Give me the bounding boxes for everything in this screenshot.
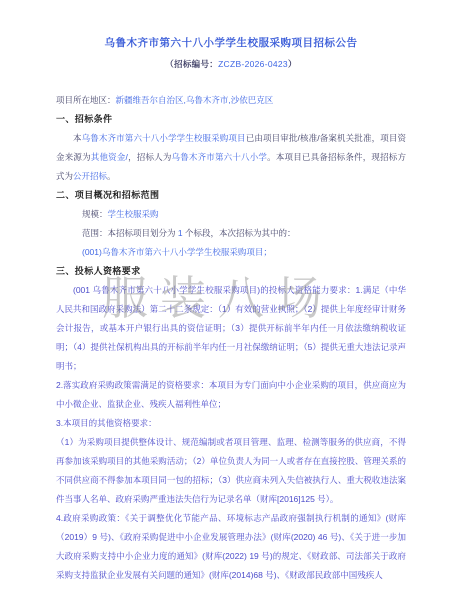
text-segment: 个标段，本次招标为其中的：: [183, 228, 296, 238]
project-scope-line: 范围：本招标项目划分为 1 个标段，本次招标为其中的：: [56, 224, 406, 243]
section-2-heading: 二、项目概况和招标范围: [56, 186, 406, 205]
highlight-value: 乌鲁木齐市第六十八小学学生校服采购项目: [82, 133, 246, 143]
project-scale-line: 规模：学生校服采购: [56, 205, 406, 224]
tender-number-suffix: ）: [288, 59, 297, 69]
highlight-value: 新疆维吾尔自治区,乌鲁木齐市,沙依巴克区: [116, 95, 274, 105]
text-segment: ，招标人为: [128, 152, 172, 162]
tender-number-line: （招标编号：ZCZB-2026-0423）: [56, 58, 406, 70]
highlight-value: (001)乌鲁木齐市第六十八小学学生校服采购项目；: [82, 247, 272, 257]
text-segment: 。: [107, 171, 116, 181]
tender-number-prefix: （招标编号：: [165, 59, 218, 69]
qualification-paragraph-4: （1）为采购项目提供整体设计、规范编制或者项目管理、监理、检测等服务的供应商，不…: [56, 433, 406, 509]
text-segment: 本: [73, 133, 82, 143]
lot-001-line: (001)乌鲁木齐市第六十八小学学生校服采购项目；: [56, 243, 406, 262]
qualification-paragraph-1: (001 乌鲁木齐市第六十八小学学生校服采购项目)的投标人资格能力要求：1.满足…: [56, 281, 406, 376]
highlight-value: 其他资金/: [91, 152, 128, 162]
tender-announcement-document: 服装八场 乌鲁木齐市第六十八小学学生校服采购项目招标公告 （招标编号：ZCZB-…: [0, 0, 450, 600]
text-segment: 规模：: [82, 209, 108, 219]
section-3-heading: 三、投标人资格要求: [56, 262, 406, 281]
qualification-paragraph-3: 3.本项目的其他资格要求：: [56, 414, 406, 433]
highlight-value: 乌鲁木齐市第六十八小学: [172, 152, 268, 162]
section-1-heading: 一、招标条件: [56, 110, 406, 129]
text-segment: 项目所在地区：: [56, 95, 116, 105]
highlight-value: 学生校服采购: [108, 209, 159, 219]
qualification-paragraph-5: 4.政府采购政策：《关于调整优化节能产品、环境标志产品政府强制执行机制的通知》(…: [56, 509, 406, 585]
project-region-line: 项目所在地区：新疆维吾尔自治区,乌鲁木齐市,沙依巴克区: [56, 91, 406, 110]
text-segment: 范围：本招标项目划分为: [82, 228, 178, 238]
section-1-paragraph: 本乌鲁木齐市第六十八小学学生校服采购项目已由项目审批/核准/备案机关批准，项目资…: [56, 129, 406, 186]
qualification-paragraph-2: 2.落实政府采购政策需满足的资格要求：本项目为专门面向中小企业采购的项目，供应商…: [56, 376, 406, 414]
highlight-value: 公开招标: [73, 171, 107, 181]
tender-number-value: ZCZB-2026-0423: [218, 59, 288, 69]
page-title: 乌鲁木齐市第六十八小学学生校服采购项目招标公告: [56, 36, 406, 50]
